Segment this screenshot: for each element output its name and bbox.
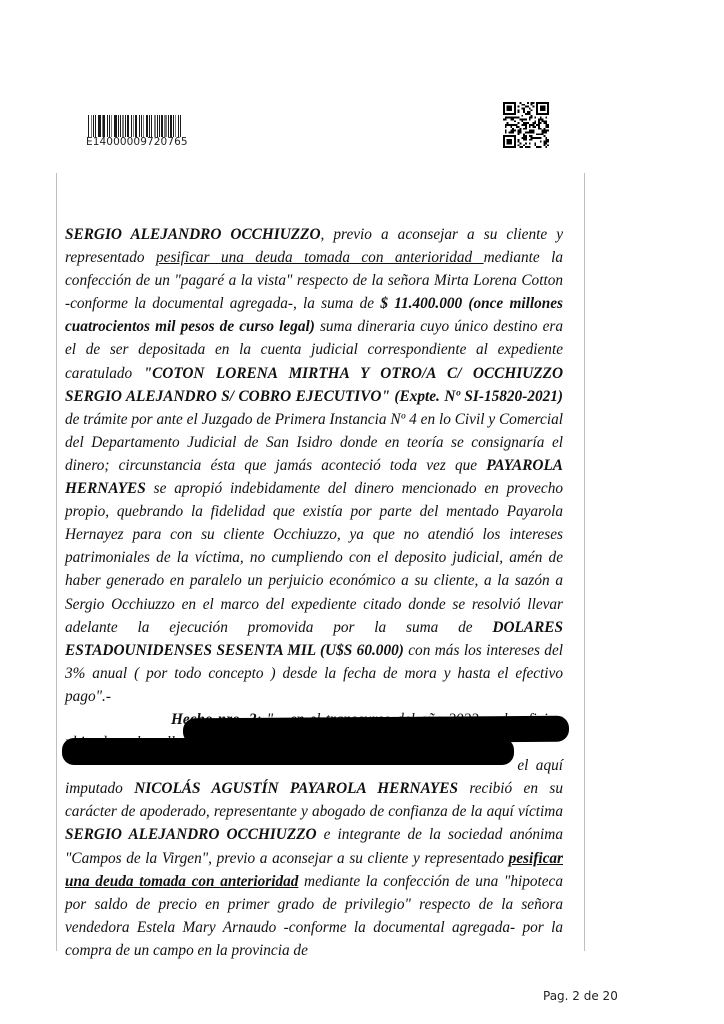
victim-name: SERGIO ALEJANDRO OCCHIUZZO [65, 226, 321, 243]
accused-full-name: NICOLÁS AGUSTÍN PAYAROLA HERNAYES [134, 780, 458, 797]
redaction-bar [62, 738, 514, 765]
barcode-number: E14000009720765 [86, 136, 188, 148]
document-body: SERGIO ALEJANDRO OCCHIUZZO, previo a aco… [65, 223, 563, 962]
underlined-phrase: pesificar una deuda tomada con anteriori… [156, 249, 484, 266]
paragraph-hecho-1: SERGIO ALEJANDRO OCCHIUZZO, previo a aco… [65, 223, 563, 708]
page-frame-right-border [584, 173, 585, 951]
page-number: Pag. 2 de 20 [543, 989, 618, 1003]
page-frame-left-border [56, 173, 57, 951]
qr-code-icon [503, 102, 549, 148]
text: se apropió indebidamente del dinero menc… [65, 480, 563, 636]
barcode [88, 115, 182, 137]
victim-name: SERGIO ALEJANDRO OCCHIUZZO [65, 826, 317, 843]
